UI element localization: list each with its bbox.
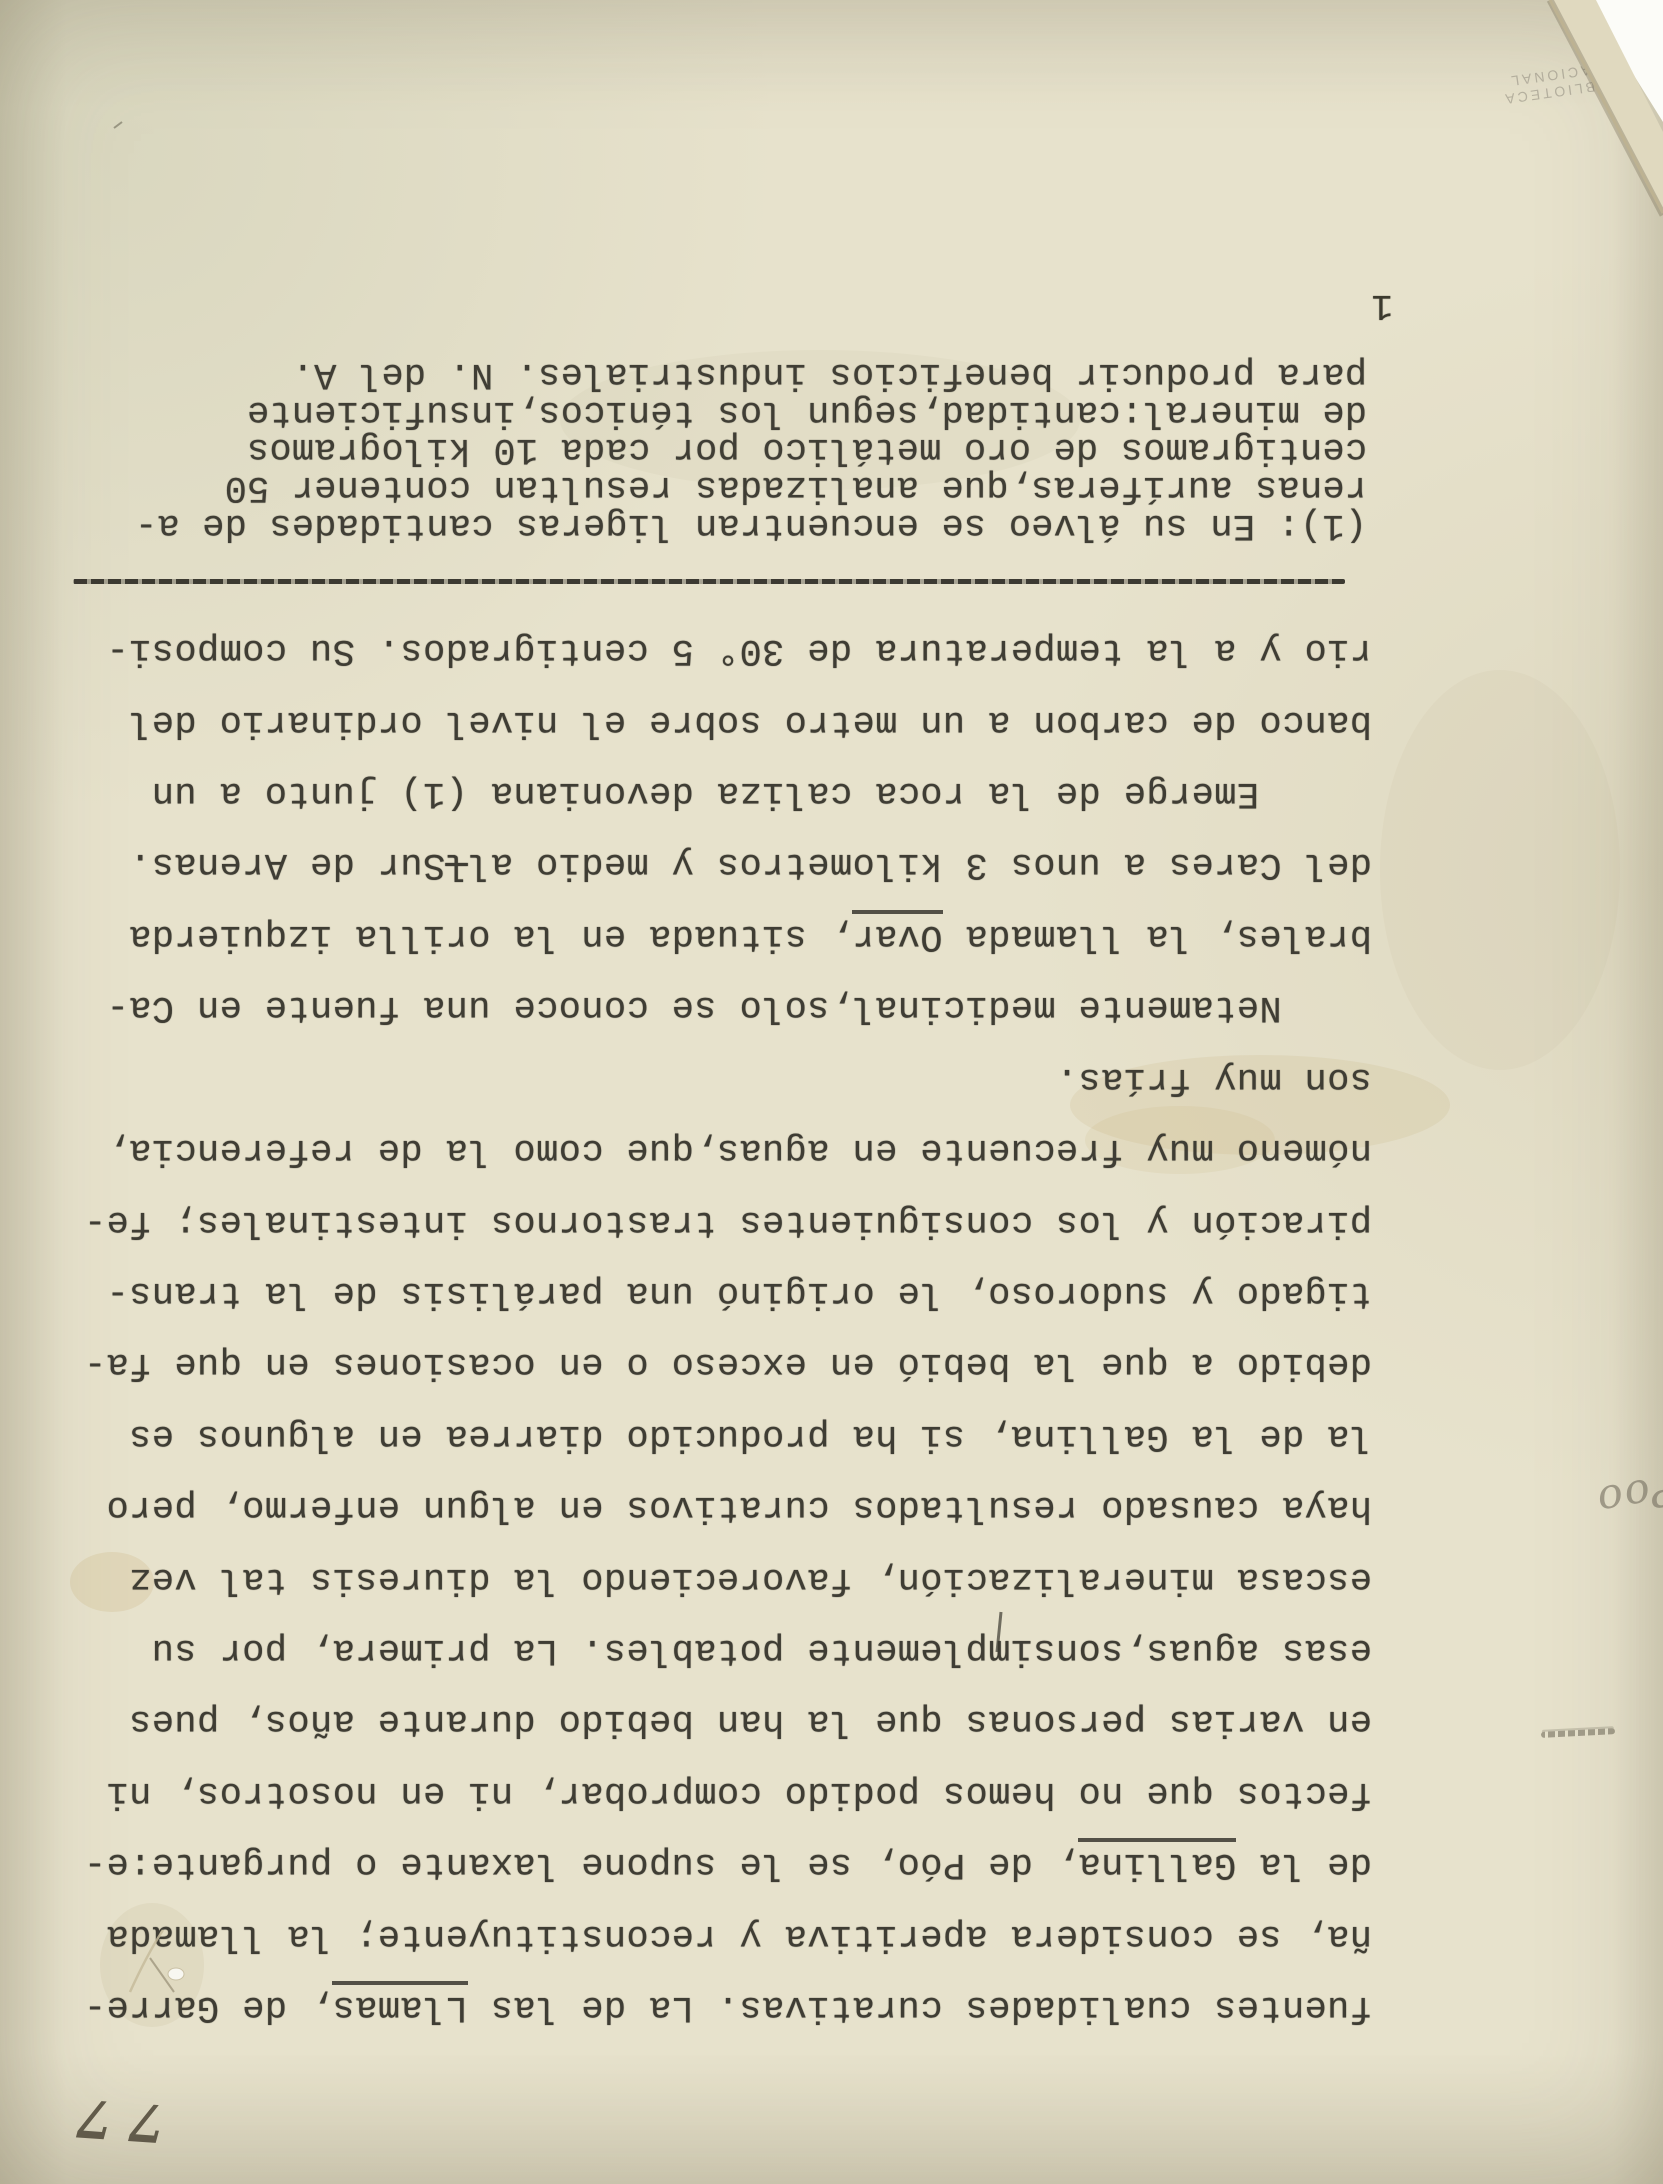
paper-speck bbox=[168, 1968, 184, 1980]
scanned-document-page: fuentes cualidades curativas. La de las … bbox=[0, 0, 1663, 2184]
damage-overlay bbox=[0, 0, 1663, 2184]
ink-insertion-bar bbox=[997, 1612, 1001, 1652]
paper-speck bbox=[114, 122, 122, 128]
paper-crease bbox=[130, 1930, 163, 1992]
